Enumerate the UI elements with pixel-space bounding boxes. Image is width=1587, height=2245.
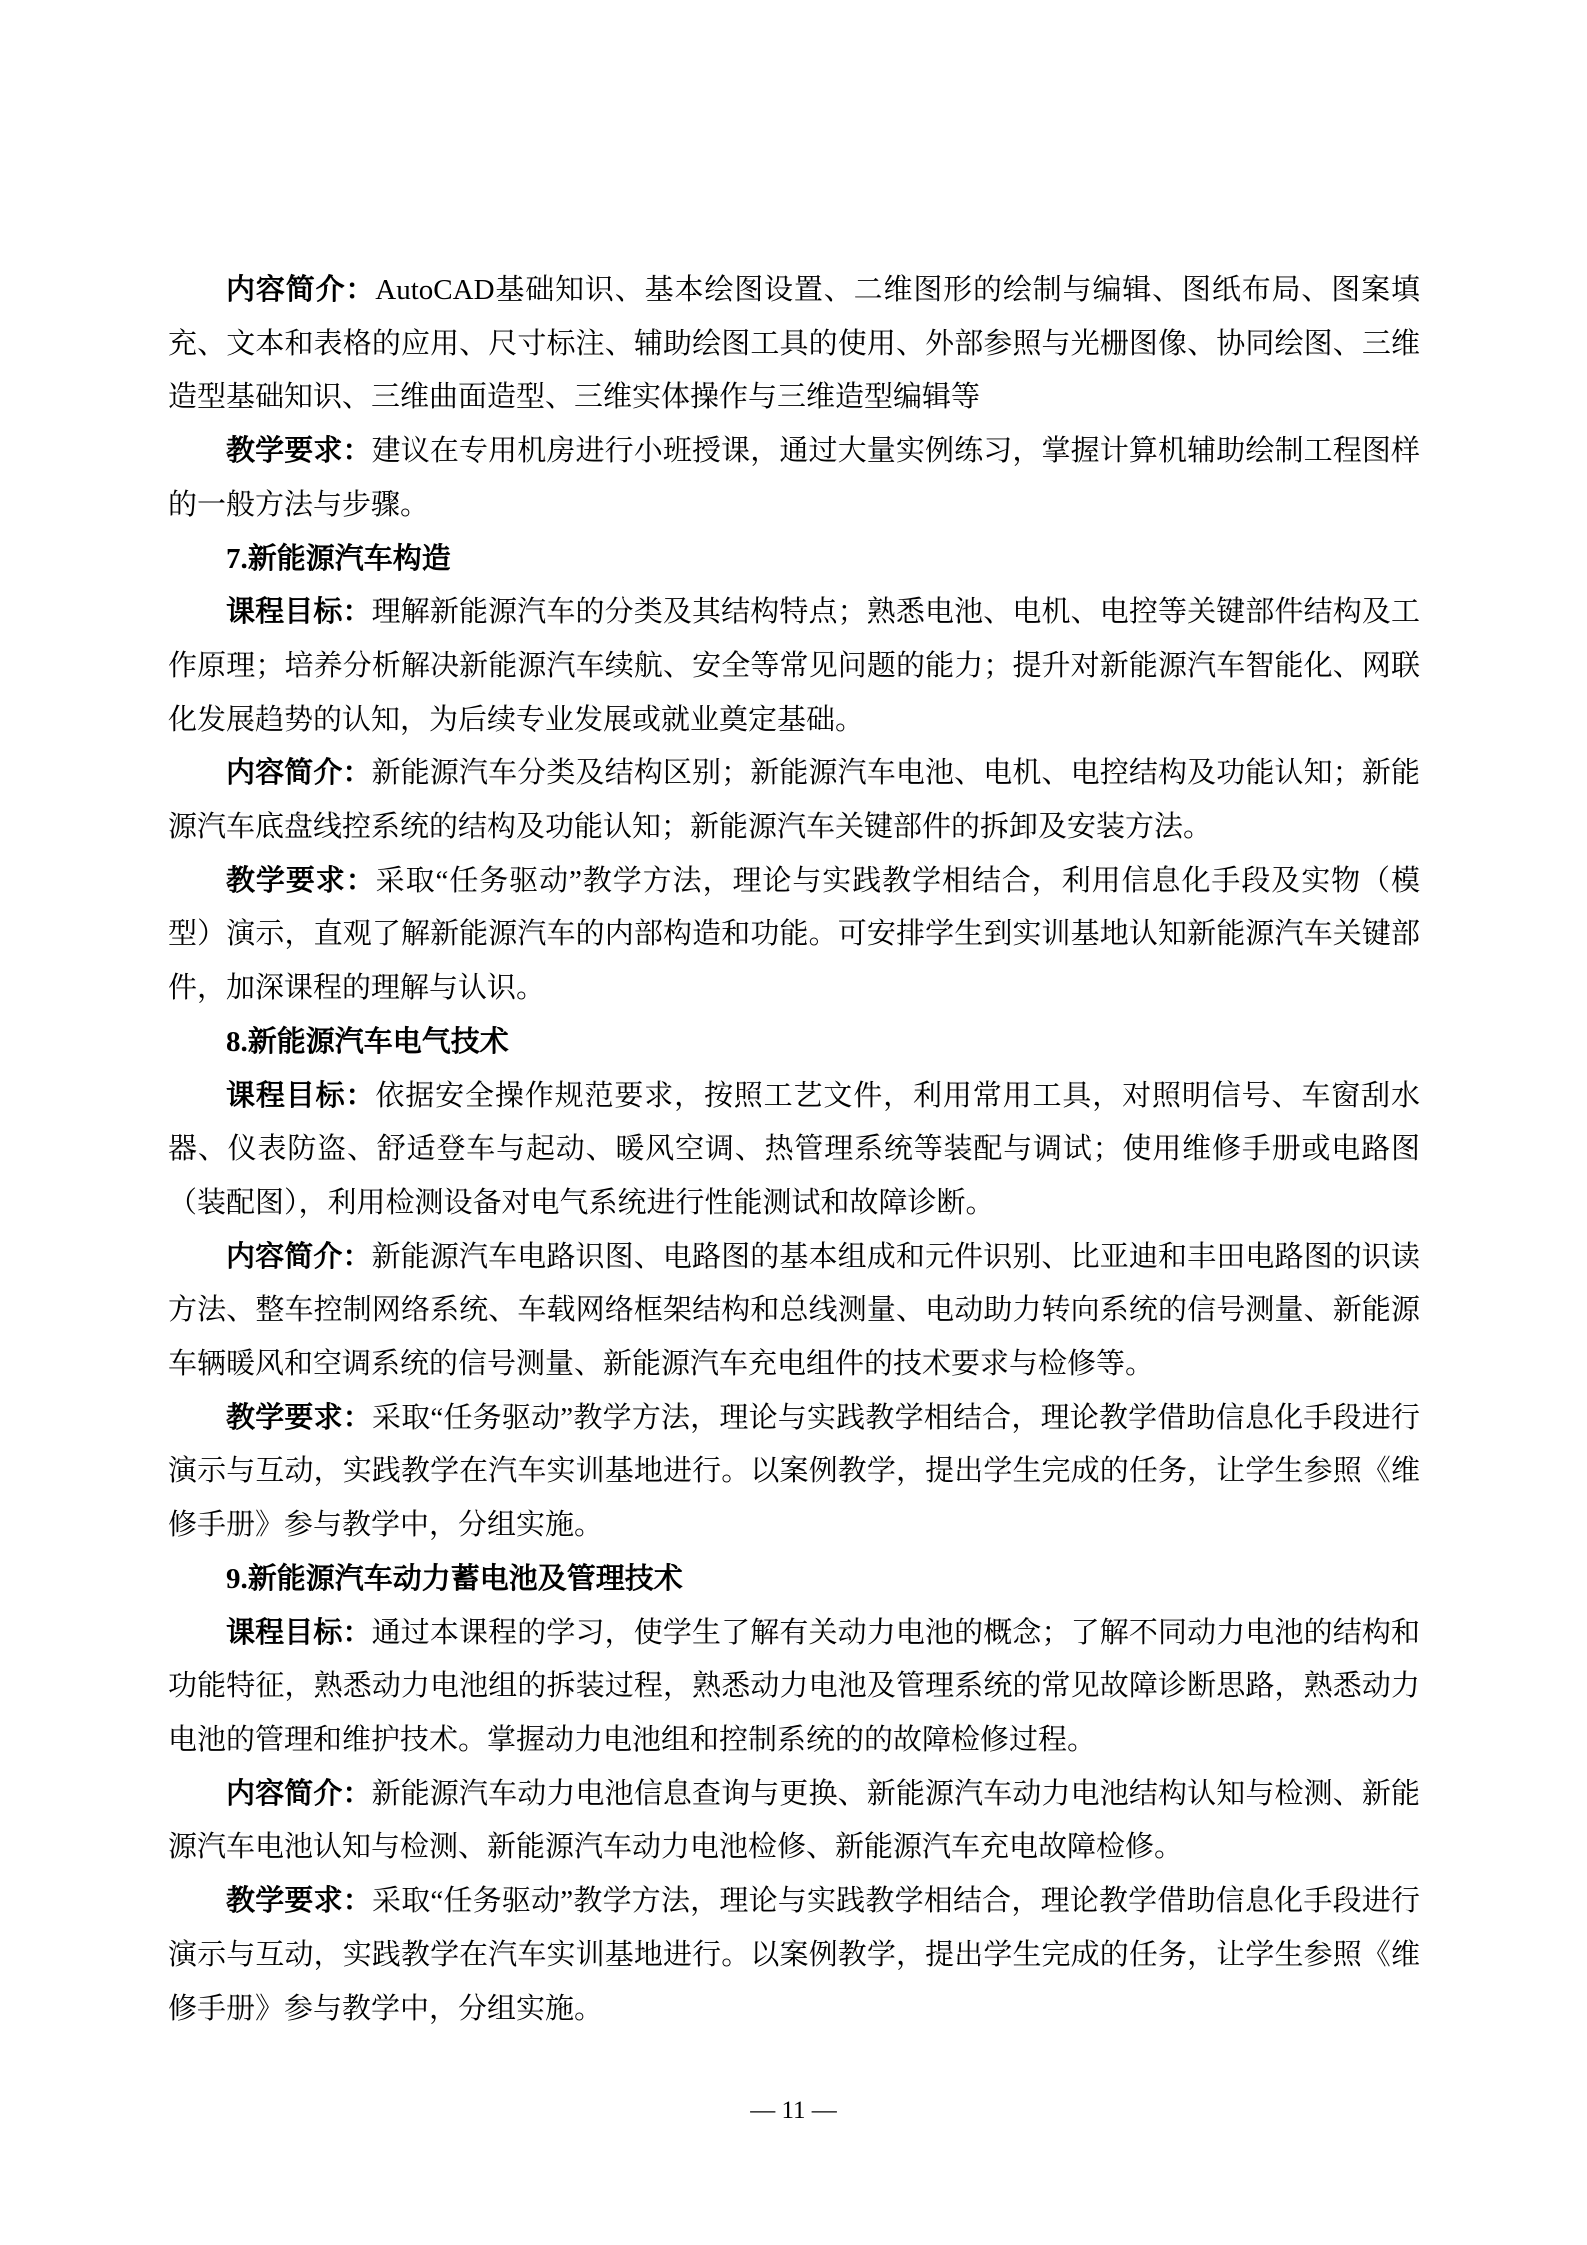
paragraph-label: 课程目标： <box>226 1617 372 1649</box>
paragraph: 课程目标：理解新能源汽车的分类及其结构特点；熟悉电池、电机、电控等关键部件结构及… <box>168 586 1420 747</box>
page-number: — 11 — <box>0 2096 1587 2126</box>
section-heading-text: 7.新能源汽车构造 <box>226 543 451 575</box>
section-heading-text: 8.新能源汽车电气技术 <box>226 1026 509 1058</box>
paragraph-label: 内容简介： <box>226 1778 372 1810</box>
paragraph-label: 课程目标： <box>226 596 372 628</box>
paragraph: 教学要求：采取“任务驱动”教学方法，理论与实践教学相结合，理论教学借助信息化手段… <box>168 1392 1420 1553</box>
paragraph: 内容简介：新能源汽车分类及结构区别；新能源汽车电池、电机、电控结构及功能认知；新… <box>168 747 1420 854</box>
paragraph-label: 教学要求： <box>226 1885 372 1917</box>
paragraph: 教学要求：采取“任务驱动”教学方法，理论与实践教学相结合，理论教学借助信息化手段… <box>168 1875 1420 2036</box>
paragraph: 教学要求：采取“任务驱动”教学方法，理论与实践教学相结合，利用信息化手段及实物（… <box>168 855 1420 1016</box>
paragraph-label: 教学要求： <box>226 865 376 897</box>
paragraph-label: 教学要求： <box>226 435 372 467</box>
paragraph: 内容简介：新能源汽车动力电池信息查询与更换、新能源汽车动力电池结构认知与检测、新… <box>168 1768 1420 1875</box>
document-page: 内容简介：AutoCAD基础知识、基本绘图设置、二维图形的绘制与编辑、图纸布局、… <box>0 0 1587 2245</box>
paragraph-label: 教学要求： <box>226 1402 372 1434</box>
paragraph: 内容简介：AutoCAD基础知识、基本绘图设置、二维图形的绘制与编辑、图纸布局、… <box>168 264 1420 425</box>
paragraph: 教学要求：建议在专用机房进行小班授课，通过大量实例练习，掌握计算机辅助绘制工程图… <box>168 425 1420 532</box>
paragraph: 课程目标：依据安全操作规范要求，按照工艺文件，利用常用工具，对照明信号、车窗刮水… <box>168 1070 1420 1231</box>
paragraph: 内容简介：新能源汽车电路识图、电路图的基本组成和元件识别、比亚迪和丰田电路图的识… <box>168 1231 1420 1392</box>
paragraph-label: 内容简介： <box>226 274 375 306</box>
paragraph-label: 内容简介： <box>226 1241 372 1273</box>
paragraph: 课程目标：通过本课程的学习，使学生了解有关动力电池的概念；了解不同动力电池的结构… <box>168 1607 1420 1768</box>
section-heading: 9.新能源汽车动力蓄电池及管理技术 <box>168 1553 1420 1607</box>
section-heading: 7.新能源汽车构造 <box>168 533 1420 587</box>
paragraph-label: 课程目标： <box>226 1080 375 1112</box>
section-heading-text: 9.新能源汽车动力蓄电池及管理技术 <box>226 1563 683 1595</box>
section-heading: 8.新能源汽车电气技术 <box>168 1016 1420 1070</box>
course-description-body: 内容简介：AutoCAD基础知识、基本绘图设置、二维图形的绘制与编辑、图纸布局、… <box>168 264 1420 2036</box>
paragraph-label: 内容简介： <box>226 757 372 789</box>
